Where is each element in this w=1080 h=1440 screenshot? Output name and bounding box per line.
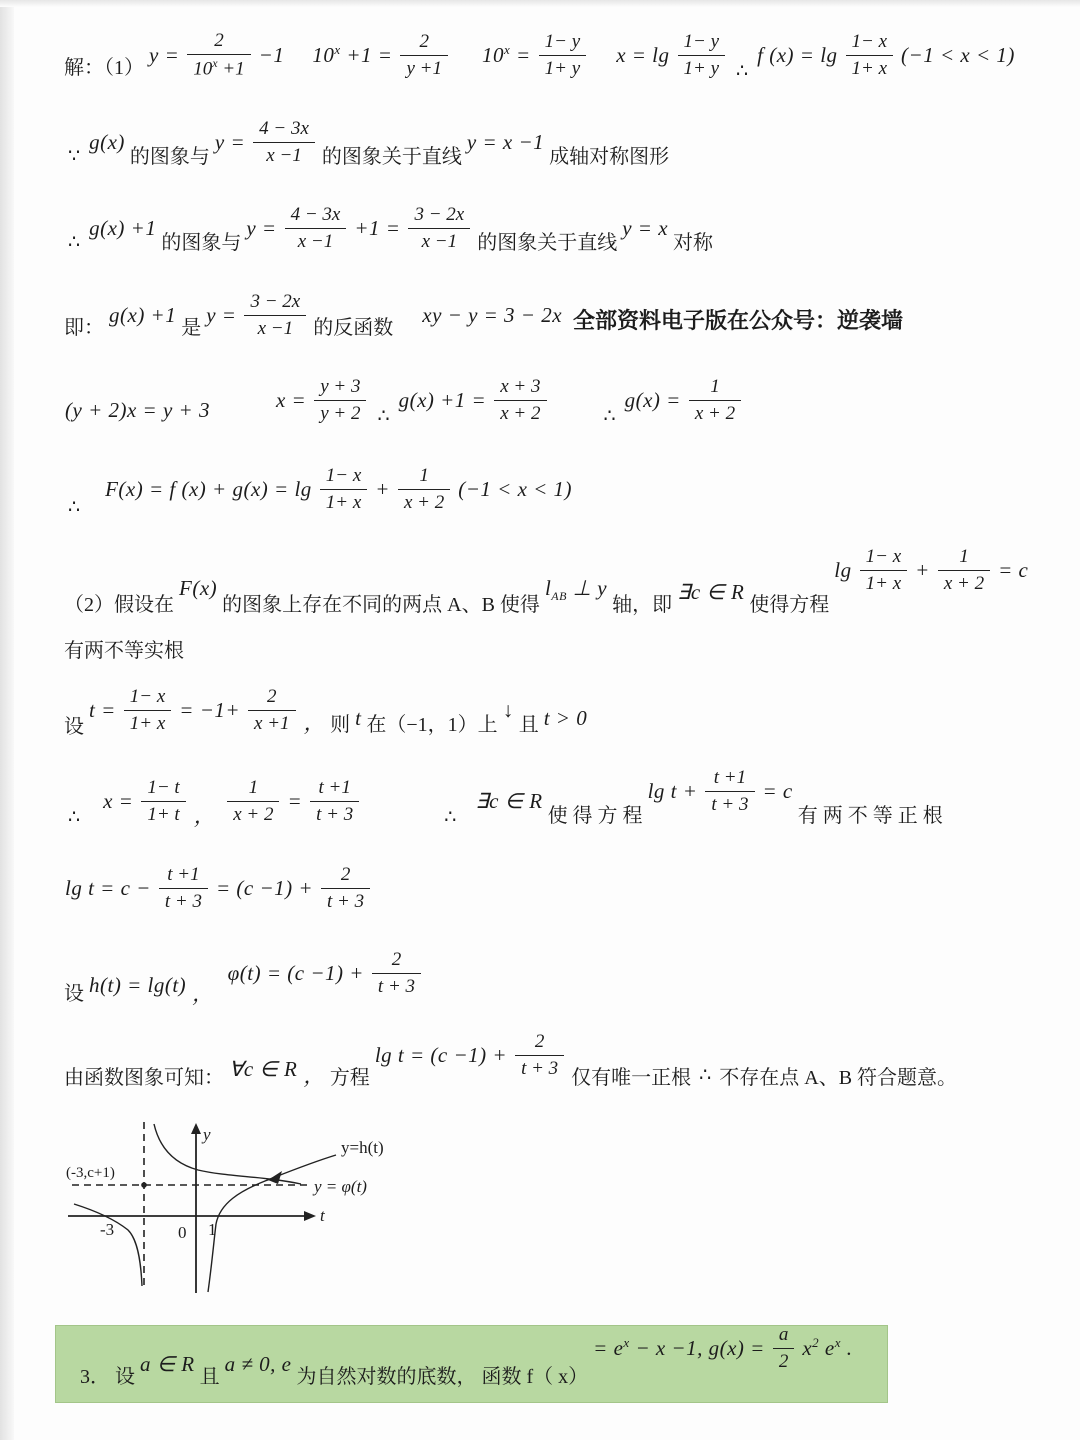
fraction: 1x + 2 (398, 464, 450, 515)
math-run: = c (763, 779, 793, 804)
fraction-numerator: 1 (227, 776, 279, 802)
y-axis-arrow (191, 1123, 201, 1134)
fraction: 210x +1 (187, 29, 250, 81)
fraction: 2x +1 (248, 685, 296, 736)
fraction: 2t + 3 (372, 948, 421, 999)
fraction-denominator: x + 2 (689, 401, 741, 426)
math-run: −1 (259, 43, 285, 68)
math-run: a ≠ 0, e (225, 1352, 292, 1377)
text-run: 使得方程 (749, 588, 829, 617)
fraction: 4 − 3xx −1 (285, 203, 347, 254)
fraction-numerator: 2 (321, 863, 370, 889)
math-run: x2 ex . (802, 1335, 852, 1361)
math-run: y = (206, 303, 236, 328)
solution-line-5: (y + 2)x = y + 3x =y + 3y + 2∴g(x) +1 =x… (62, 365, 746, 435)
math-run: y = (149, 43, 179, 68)
phi-curve-label: y = φ(t) (312, 1177, 367, 1196)
fraction-numerator: t +1 (705, 766, 754, 792)
math-run: lAB ⊥ y (545, 576, 607, 604)
fraction-denominator: t + 3 (372, 974, 421, 999)
fraction-denominator: x −1 (408, 229, 470, 254)
t-axis-arrow (304, 1211, 316, 1221)
math-run: xy − y = 3 − 2x (422, 303, 562, 328)
text-run: 在（−1，1）上 (366, 708, 497, 737)
math-run: (−1 < x < 1) (458, 477, 572, 502)
math-run: lg (834, 558, 851, 583)
tick-one-label: 1 (208, 1220, 217, 1239)
math-run: y = x (622, 216, 668, 241)
fraction-denominator: 1+ x (846, 56, 894, 81)
fraction: t +1t + 3 (705, 766, 754, 817)
fraction-numerator: 1− x (320, 464, 368, 490)
spacer (217, 977, 225, 978)
fraction-numerator: t +1 (310, 776, 359, 802)
fraction-numerator: 2 (515, 1030, 564, 1056)
solution-line-2: ∵g(x)的图象与y =4 − 3xx −1的图象关于直线y = x −1成轴对… (62, 107, 671, 177)
text-run: 为自然对数的底数， 函数 f（ x） (296, 1360, 588, 1389)
math-run: + (375, 477, 390, 502)
spacer (591, 55, 613, 56)
fraction: 1− y1+ y (678, 30, 726, 81)
fraction-denominator: 1+ y (539, 56, 587, 81)
fraction: 3 − 2xx −1 (408, 203, 470, 254)
fraction-numerator: 4 − 3x (253, 117, 315, 143)
fraction-denominator: x + 2 (494, 401, 546, 426)
therefore-symbol: ∴ (736, 60, 748, 83)
spacer (364, 801, 438, 802)
math-run: (y + 2)x = y + 3 (65, 398, 210, 423)
text-run: 是 (181, 311, 201, 340)
fraction-numerator: 3 − 2x (244, 290, 306, 316)
fraction-denominator: 10x +1 (187, 55, 250, 81)
math-run: +1 = (354, 216, 400, 241)
math-run: = ex − x −1, g(x) = (593, 1335, 765, 1361)
fraction-denominator: 1+ y (678, 56, 726, 81)
therefore-symbol: ∴ (604, 405, 616, 428)
h-curve-label: y=h(t) (341, 1138, 384, 1157)
math-run: x = (276, 388, 306, 413)
fraction-denominator: x +1 (248, 711, 296, 736)
math-run: lg t + (648, 779, 698, 804)
fraction-denominator: x + 2 (938, 571, 990, 596)
problem-3-box: 3． 设a ∈ R且a ≠ 0, e为自然对数的底数， 函数 f（ x）= ex… (55, 1325, 888, 1403)
fraction: t +1t + 3 (159, 863, 208, 914)
text-run: 设 (64, 710, 84, 739)
fraction: 3 − 2xx −1 (244, 290, 306, 341)
fraction-denominator: x −1 (285, 229, 347, 254)
text-run: 仅有唯一正根 (571, 1061, 691, 1090)
math-run: φ(t) = (c −1) + (228, 961, 364, 986)
solution-line-1: 解：（1）y =210x +1−110x +1 =2y +110x =1− y1… (62, 20, 1018, 90)
fraction-numerator: 1 (938, 545, 990, 571)
solution-line-7: （2）假设在F(x)的图象上存在不同的两点 A、B 使得lAB ⊥ y轴，即∃c… (62, 559, 1031, 629)
spacer (218, 801, 222, 802)
text-run: 轴，即 (612, 588, 672, 617)
page-edge-top (0, 0, 1080, 7)
math-run: = (287, 789, 302, 814)
fraction-denominator: t + 3 (515, 1056, 564, 1081)
fraction: 4 − 3xx −1 (253, 117, 315, 168)
therefore-symbol: ∴ (68, 806, 80, 829)
fraction: a2 (773, 1323, 795, 1374)
text-run: 的图象关于直线 (322, 140, 462, 169)
fraction: 1− y1+ y (539, 30, 587, 81)
spacer (395, 315, 419, 316)
h-curve (208, 1155, 336, 1292)
math-run: t = (89, 698, 116, 723)
spacer (86, 489, 102, 490)
therefore-symbol: ∴ (699, 1064, 711, 1087)
fraction-denominator: 1+ x (860, 571, 908, 596)
math-run: t (355, 706, 361, 731)
fraction: 2t + 3 (515, 1030, 564, 1081)
fraction-numerator: 1 (689, 375, 741, 401)
math-run: g(x) = (625, 388, 681, 413)
math-run: + (915, 558, 930, 583)
solution-line-13: 由函数图象可知：∀c ∈ R，方程lg t = (c −1) +2t + 3仅有… (62, 1028, 959, 1098)
math-run: ， (303, 1060, 325, 1090)
solution-line-3: ∴g(x) +1的图象与y =4 − 3xx −1+1 =3 − 2xx −1的… (62, 193, 715, 263)
intersection-arrow (268, 1171, 282, 1184)
math-run: g(x) (89, 130, 125, 155)
math-run: = −1+ (179, 698, 240, 723)
fraction: 1− x1+ x (124, 685, 172, 736)
solution-line-9: 设t =1− x1+ x= −1+2x +1，则t在（−1，1）上↓且t > 0 (62, 675, 590, 745)
math-run: ∃c ∈ R (475, 789, 542, 814)
fraction-denominator: t + 3 (705, 792, 754, 817)
fraction-denominator: x −1 (244, 316, 306, 341)
text-run: 解：（1） (64, 51, 144, 80)
text-run: 的图象上存在不同的两点 A、B 使得 (222, 588, 540, 617)
math-run: ∀c ∈ R (229, 1057, 297, 1082)
spacer (453, 55, 479, 56)
text-run: 的图象关于直线 (477, 226, 617, 255)
fraction-denominator: 1+ x (320, 490, 368, 515)
fraction-denominator: t + 3 (159, 889, 208, 914)
math-run: t > 0 (544, 706, 588, 731)
math-run: F(x) = f (x) + g(x) = lg (105, 477, 312, 502)
math-run: ∃c ∈ R (677, 580, 744, 605)
math-run: 10x = (482, 42, 531, 68)
text-run: 的反函数 (313, 311, 393, 340)
text-run: 且 (200, 1360, 220, 1389)
solution-line-8: 有两不等实根 (62, 613, 186, 683)
spacer (462, 801, 472, 802)
solution-line-10: ∴x =1− t1+ t，1x + 2=t +1t + 3∴∃c ∈ R使 得 … (62, 766, 945, 836)
fraction-denominator: x + 2 (227, 802, 279, 827)
fraction-denominator: 1+ t (141, 802, 185, 827)
t-axis-label: t (320, 1206, 326, 1225)
fraction-denominator: x −1 (253, 143, 315, 168)
fraction-denominator: t + 3 (310, 802, 359, 827)
origin-label: 0 (178, 1223, 187, 1242)
text-run: 3． 设 (80, 1360, 135, 1389)
page-edge-left (0, 0, 14, 1440)
spacer (287, 55, 309, 56)
fraction: 1− x1+ x (846, 30, 894, 81)
text-run: 不存在点 A、B 符合题意。 (719, 1061, 957, 1090)
fraction-numerator: 2 (248, 685, 296, 711)
fraction-numerator: 1− t (141, 776, 185, 802)
fraction: 2y +1 (400, 30, 448, 81)
math-run: lg t = c − (65, 876, 151, 901)
math-run: x = lg (616, 43, 669, 68)
math-run: a ∈ R (140, 1352, 195, 1377)
point-label: (-3,c+1) (66, 1165, 115, 1181)
function-graph: y t 0 1 -3 (-3,c+1) y=h(t) y = φ(t) (58, 1118, 448, 1308)
solution-line-6: ∴F(x) = f (x) + g(x) = lg1− x1+ x+1x + 2… (62, 454, 575, 524)
fraction-numerator: y + 3 (314, 375, 366, 401)
fraction-numerator: 4 − 3x (285, 203, 347, 229)
fraction-denominator: 1+ x (124, 711, 172, 736)
fraction-numerator: 2 (372, 948, 421, 974)
fraction-numerator: 1− y (539, 30, 587, 56)
math-run: ， (304, 707, 326, 737)
math-run: ， (194, 800, 216, 830)
fraction: 1x + 2 (689, 375, 741, 426)
text-run: 设 (64, 977, 84, 1006)
text-run: 即： (64, 311, 104, 340)
math-run: (−1 < x < 1) (901, 43, 1015, 68)
therefore-symbol: ∴ (68, 496, 80, 519)
math-run: = (c −1) + (216, 876, 313, 901)
fraction-denominator: y + 2 (314, 401, 366, 426)
fraction-numerator: a (773, 1323, 795, 1349)
text-run: 有两不等实根 (64, 634, 184, 663)
therefore-symbol: ∴ (68, 231, 80, 254)
math-run: ↓ (503, 698, 514, 723)
fraction-numerator: 1 (398, 464, 450, 490)
fraction-denominator: 2 (773, 1349, 795, 1374)
text-run: 则 (330, 708, 350, 737)
fraction-numerator: 1− x (846, 30, 894, 56)
asymptote-point (141, 1182, 147, 1188)
fraction-numerator: 1− y (678, 30, 726, 56)
math-run: 10x +1 = (312, 42, 392, 68)
math-run: y = (246, 216, 276, 241)
math-run: x = (103, 789, 133, 814)
fraction-numerator: x + 3 (494, 375, 546, 401)
fraction: y + 3y + 2 (314, 375, 366, 426)
math-run: f (x) = lg (757, 43, 837, 68)
fraction: 1x + 2 (938, 545, 990, 596)
math-run: g(x) +1 = (399, 388, 487, 413)
text-run: 有 两 不 等 正 根 (798, 799, 943, 828)
fraction-numerator: 2 (400, 30, 448, 56)
tick-neg3-label: -3 (100, 1220, 114, 1239)
math-run: y = (215, 130, 245, 155)
fraction: t +1t + 3 (310, 776, 359, 827)
fraction: 1− x1+ x (860, 545, 908, 596)
fraction: 2t + 3 (321, 863, 370, 914)
text-run: 使 得 方 程 (548, 799, 643, 828)
math-run: g(x) +1 (89, 216, 156, 241)
fraction-numerator: 1− x (860, 545, 908, 571)
math-run: ， (192, 978, 214, 1008)
therefore-symbol: ∵ (68, 145, 80, 168)
y-axis-label: y (201, 1125, 211, 1144)
fraction-numerator: 3 − 2x (408, 203, 470, 229)
text-run: 且 (519, 708, 539, 737)
fraction: 1− t1+ t (141, 776, 185, 827)
fraction-denominator: x + 2 (398, 490, 450, 515)
solution-line-11: lg t = c −t +1t + 3= (c −1) +2t + 3 (62, 853, 375, 923)
solution-line-4: 即：g(x) +1是y =3 − 2xx −1的反函数xy − y = 3 − … (62, 280, 903, 350)
fraction-numerator: 1− x (124, 685, 172, 711)
fraction: 1− x1+ x (320, 464, 368, 515)
text-run: 由函数图象可知： (64, 1061, 224, 1090)
fraction-denominator: t + 3 (321, 889, 370, 914)
text-run: 对称 (673, 226, 713, 255)
math-run: lg t = (c −1) + (375, 1043, 507, 1068)
fraction: x + 3x + 2 (494, 375, 546, 426)
solution-line-12: 设h(t) = lg(t)，φ(t) = (c −1) +2t + 3 (62, 942, 426, 1012)
therefore-symbol: ∴ (377, 405, 389, 428)
math-run: = c (998, 558, 1028, 583)
text-run: 成轴对称图形 (549, 140, 669, 169)
spacer (213, 400, 273, 401)
fraction-numerator: 2 (187, 29, 250, 55)
math-run: F(x) (179, 576, 217, 601)
text-run: 的图象与 (130, 140, 210, 169)
watermark-text: 全部资料电子版在公众号：逆袭墙 (573, 304, 903, 335)
spacer (552, 400, 598, 401)
fraction: 1x + 2 (227, 776, 279, 827)
fraction-numerator: t +1 (159, 863, 208, 889)
text-run: 的图象与 (161, 226, 241, 255)
math-run: g(x) +1 (109, 303, 176, 328)
text-run: 方程 (330, 1061, 370, 1090)
math-run: y = x −1 (467, 130, 544, 155)
math-run: h(t) = lg(t) (89, 973, 186, 998)
spacer (86, 801, 100, 802)
fraction-denominator: y +1 (400, 56, 448, 81)
therefore-symbol: ∴ (444, 806, 456, 829)
